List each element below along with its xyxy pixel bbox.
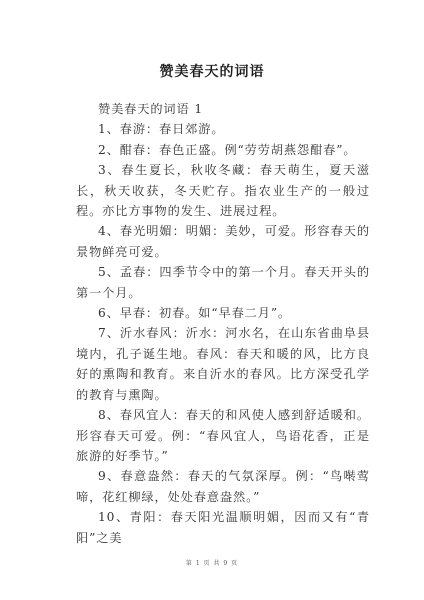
page-number-footer: 第 1 页 共 9 页 xyxy=(0,558,424,567)
list-item: 5、孟春：四季节令中的第一个月。春天开头的第一个月。 xyxy=(76,262,370,303)
list-item: 1、春游：春日郊游。 xyxy=(76,119,370,139)
list-item: 3、春生夏长，秋收冬藏：春天萌生，夏天滋长，秋天收获，冬天贮存。指农业生产的一般… xyxy=(76,160,370,221)
list-item: 8、春风宜人：春天的和风使人感到舒适暖和。形容春天可爱。例：“春风宜人，鸟语花香… xyxy=(76,405,370,466)
section-heading: 赞美春天的词语 1 xyxy=(76,99,370,119)
list-item: 6、早春：初春。如“早春二月”。 xyxy=(76,303,370,323)
list-item: 4、春光明媚：明媚：美妙，可爱。形容春天的景物鲜亮可爱。 xyxy=(76,221,370,262)
document-body: 赞美春天的词语 1 1、春游：春日郊游。 2、酣春：春色正盛。例“劳劳胡燕怨酣春… xyxy=(76,99,370,548)
list-item: 10、青阳：春天阳光温顺明媚，因而又有“青阳”之美 xyxy=(76,507,370,548)
list-item: 2、酣春：春色正盛。例“劳劳胡燕怨酣春”。 xyxy=(76,140,370,160)
document-title: 赞美春天的词语 xyxy=(0,62,424,82)
document-page: 赞美春天的词语 赞美春天的词语 1 1、春游：春日郊游。 2、酣春：春色正盛。例… xyxy=(0,0,424,600)
list-item: 9、春意盎然：春天的气氛深厚。例：“鸟啭莺啼，花红柳绿，处处春意盎然。” xyxy=(76,466,370,507)
list-item: 7、沂水春风：沂水：河水名，在山东省曲阜县境内，孔子诞生地。春风：春天和暖的风，… xyxy=(76,323,370,405)
